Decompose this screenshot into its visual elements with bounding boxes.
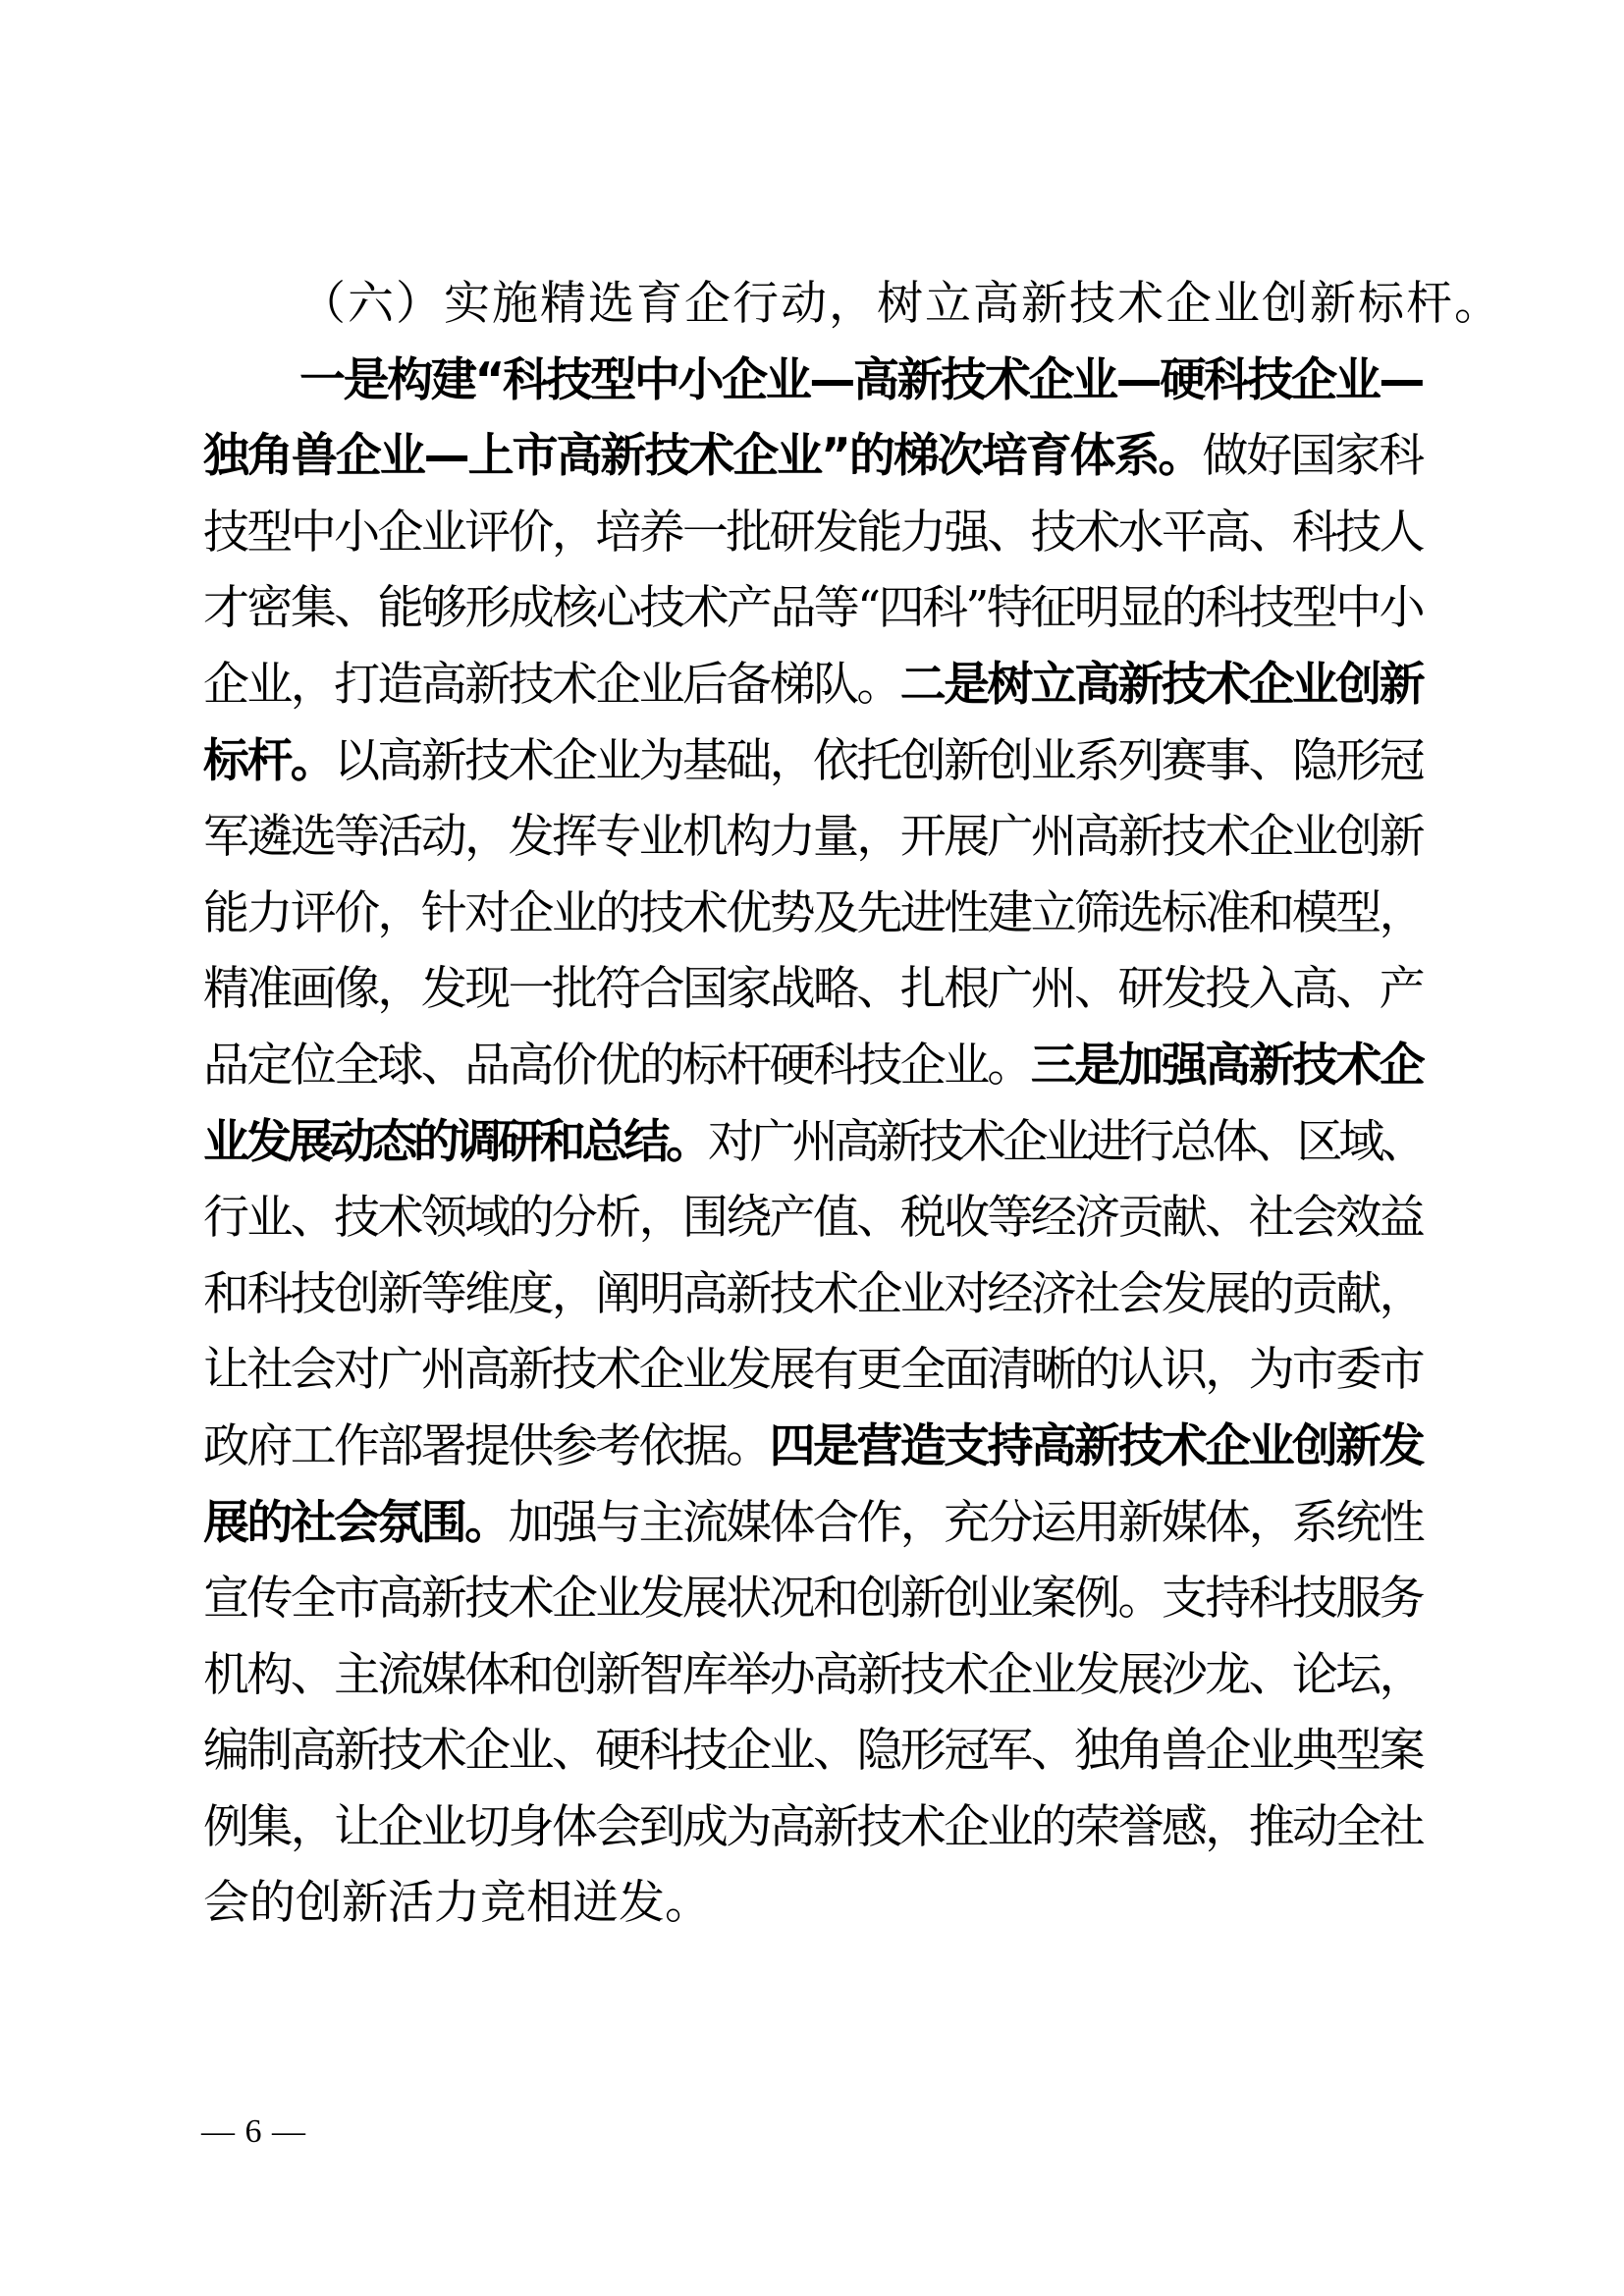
bold-lead-phrase: 业发展动态的调研和总结。: [203, 1115, 708, 1169]
body-text-span: 会的创新活力竞相迸发。: [203, 1876, 711, 1930]
text-line: 会的创新活力竞相迸发。: [203, 1865, 1423, 1942]
body-text-span: 精准画像，发现一批符合国家战略、扎根广州、研发投入高、产: [203, 962, 1423, 1016]
body-text-span: 做好国家科: [1202, 429, 1423, 483]
text-line: 行业、技术领域的分析，围绕产值、税收等经济贡献、社会效益: [203, 1180, 1423, 1256]
body-text-span: 以高新技术企业为基础，依托创新创业系列赛事、隐形冠: [334, 734, 1423, 788]
text-line: 和科技创新等维度，阐明高新技术企业对经济社会发展的贡献，: [203, 1256, 1423, 1333]
body-text-span: 军遴选等活动，发挥专业机构力量，开展广州高新技术企业创新: [203, 810, 1423, 864]
bold-lead-phrase: 独角兽企业—上市高新技术企业”的梯次培育体系。: [203, 429, 1202, 483]
body-text-span: 政府工作部署提供参考依据。: [203, 1419, 770, 1473]
body-text-span: 企业，打造高新技术企业后备梯队。: [203, 658, 900, 712]
bold-lead-phrase: 三是加强高新技术企: [1031, 1039, 1423, 1093]
body-text-span: 加强与主流媒体合作，充分运用新媒体，系统性: [509, 1496, 1424, 1550]
body-text-span: 和科技创新等维度，阐明高新技术企业对经济社会发展的贡献，: [203, 1267, 1423, 1321]
bold-lead-phrase: 标杆。: [203, 734, 334, 788]
text-line: 例集，让企业切身体会到成为高新技术企业的荣誉感，推动全社: [203, 1789, 1423, 1866]
body-text-span: 才密集、能够形成核心技术产品等“四科”特征明显的科技型中小: [203, 581, 1423, 635]
bold-lead-phrase: 展的社会氛围。: [203, 1496, 509, 1550]
body-text-span: 技型中小企业评价，培养一批研发能力强、技术水平高、科技人: [203, 506, 1423, 560]
text-line: 军遴选等活动，发挥专业机构力量，开展广州高新技术企业创新: [203, 799, 1423, 876]
body-text-span: 对广州高新技术企业进行总体、区域、: [708, 1115, 1423, 1169]
body-text-span: 行业、技术领域的分析，围绕产值、税收等经济贡献、社会效益: [203, 1191, 1423, 1245]
text-line: 编制高新技术企业、硬科技企业、隐形冠军、独角兽企业典型案: [203, 1713, 1423, 1789]
text-line: 政府工作部署提供参考依据。四是营造支持高新技术企业创新发: [203, 1409, 1423, 1485]
text-line: 展的社会氛围。加强与主流媒体合作，充分运用新媒体，系统性: [203, 1485, 1423, 1562]
body-text-span: 宣传全市高新技术企业发展状况和创新创业案例。支持科技服务: [203, 1572, 1423, 1626]
text-line: 才密集、能够形成核心技术产品等“四科”特征明显的科技型中小: [203, 570, 1423, 647]
section-heading: （六）实施精选育企行动，树立高新技术企业创新标杆。: [203, 266, 1423, 343]
text-line: 让社会对广州高新技术企业发展有更全面清晰的认识，为市委市: [203, 1332, 1423, 1409]
body-text-span: 品定位全球、品高价优的标杆硬科技企业。: [203, 1039, 1031, 1093]
text-line: 宣传全市高新技术企业发展状况和创新创业案例。支持科技服务: [203, 1561, 1423, 1637]
document-page: （六）实施精选育企行动，树立高新技术企业创新标杆。 一是构建“科技型中小企业—高…: [0, 0, 1624, 2296]
text-line: 技型中小企业评价，培养一批研发能力强、技术水平高、科技人: [203, 495, 1423, 571]
page-number: — 6 —: [201, 2113, 306, 2151]
text-line: 企业，打造高新技术企业后备梯队。二是树立高新技术企业创新: [203, 647, 1423, 723]
body-text-span: 编制高新技术企业、硬科技企业、隐形冠军、独角兽企业典型案: [203, 1724, 1423, 1778]
text-line: 业发展动态的调研和总结。对广州高新技术企业进行总体、区域、: [203, 1104, 1423, 1181]
text-line: 能力评价，针对企业的技术优势及先进性建立筛选标准和模型，: [203, 876, 1423, 952]
text-line: 标杆。以高新技术企业为基础，依托创新创业系列赛事、隐形冠: [203, 723, 1423, 800]
text-line: 精准画像，发现一批符合国家战略、扎根广州、研发投入高、产: [203, 951, 1423, 1028]
text-line: 品定位全球、品高价优的标杆硬科技企业。三是加强高新技术企: [203, 1028, 1423, 1104]
body-text-span: 机构、主流媒体和创新智库举办高新技术企业发展沙龙、论坛，: [203, 1648, 1423, 1702]
paragraph: 一是构建“科技型中小企业—高新技术企业—硬科技企业—独角兽企业—上市高新技术企业…: [203, 343, 1423, 1942]
text-line: 一是构建“科技型中小企业—高新技术企业—硬科技企业—: [203, 343, 1423, 419]
text-line: 机构、主流媒体和创新智库举办高新技术企业发展沙龙、论坛，: [203, 1637, 1423, 1714]
text-line: 独角兽企业—上市高新技术企业”的梯次培育体系。做好国家科: [203, 418, 1423, 495]
bold-lead-phrase: 二是树立高新技术企业创新: [900, 658, 1423, 712]
body-text-span: 例集，让企业切身体会到成为高新技术企业的荣誉感，推动全社: [203, 1800, 1423, 1854]
document-body: （六）实施精选育企行动，树立高新技术企业创新标杆。 一是构建“科技型中小企业—高…: [203, 266, 1423, 1942]
body-text-span: 让社会对广州高新技术企业发展有更全面清晰的认识，为市委市: [203, 1343, 1423, 1397]
body-text-span: 能力评价，针对企业的技术优势及先进性建立筛选标准和模型，: [203, 886, 1423, 940]
bold-lead-phrase: 四是营造支持高新技术企业创新发: [770, 1419, 1423, 1473]
bold-lead-phrase: 一是构建“科技型中小企业—高新技术企业—硬科技企业—: [299, 353, 1423, 407]
